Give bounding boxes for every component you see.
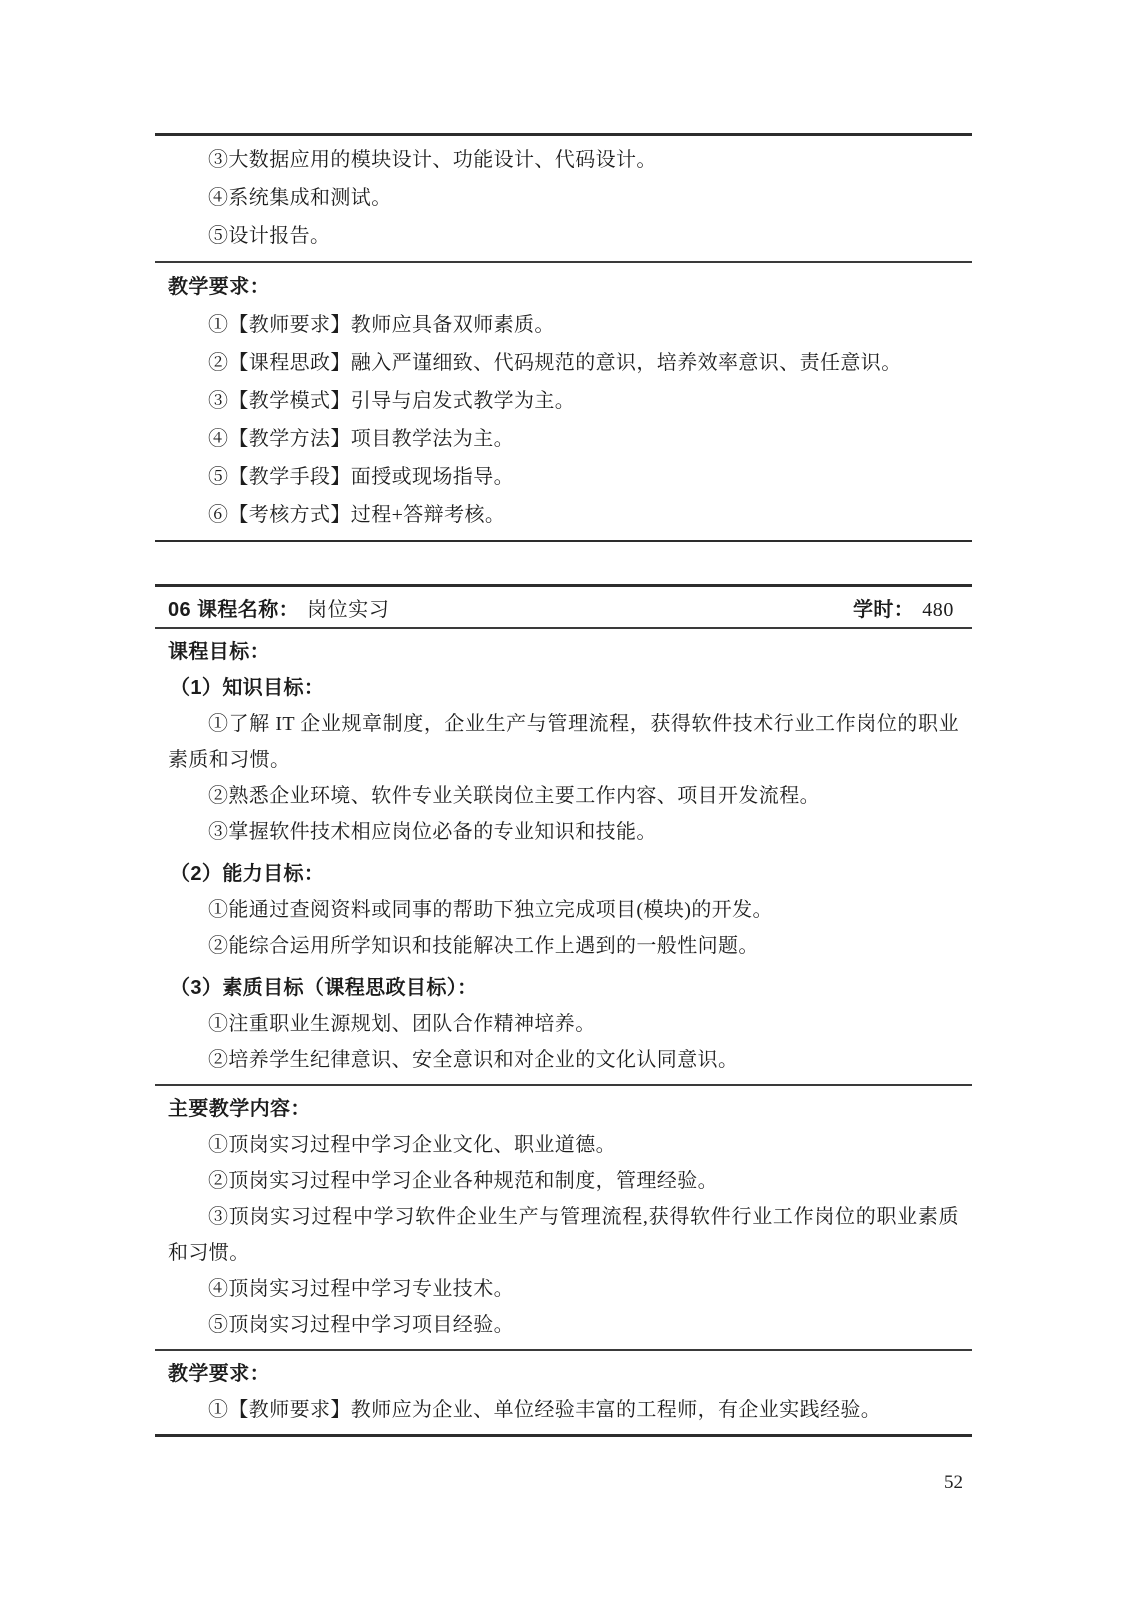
course-name-group: 06 课程名称： 岗位实习 xyxy=(168,593,389,622)
section-heading: 课程目标： xyxy=(168,634,959,670)
objective-group-heading: （1）知识目标： xyxy=(168,670,959,706)
list-item: ①【教师要求】教师应为企业、单位经验丰富的工程师，有企业实践经验。 xyxy=(168,1392,959,1428)
list-item: ②培养学生纪律意识、安全意识和对企业的文化认同意识。 xyxy=(168,1042,959,1078)
section-heading: 教学要求： xyxy=(168,268,959,306)
list-item: ①了解 IT 企业规章制度，企业生产与管理流程，获得软件技术行业工作岗位的职业素… xyxy=(168,706,959,778)
list-item: ③大数据应用的模块设计、功能设计、代码设计。 xyxy=(168,141,959,179)
course-name: 岗位实习 xyxy=(307,593,389,622)
document-page: ③大数据应用的模块设计、功能设计、代码设计。 ④系统集成和测试。 ⑤设计报告。 … xyxy=(0,0,1131,1600)
course-05-requirements-cell: 教学要求： ①【教师要求】教师应具备双师素质。 ②【课程思政】融入严谨细致、代码… xyxy=(155,263,972,540)
course-header-row: 06 课程名称： 岗位实习 学时： 480 xyxy=(155,587,972,627)
list-item: ①能通过查阅资料或同事的帮助下独立完成项目(模块)的开发。 xyxy=(168,892,959,928)
course-hours-label: 学时： xyxy=(853,593,914,622)
list-item: ②顶岗实习过程中学习企业各种规范和制度，管理经验。 xyxy=(168,1163,959,1199)
list-item: ⑤设计报告。 xyxy=(168,217,959,255)
list-item: ②熟悉企业环境、软件专业关联岗位主要工作内容、项目开发流程。 xyxy=(168,778,959,814)
course-hours-value: 480 xyxy=(922,599,954,622)
list-item: ④顶岗实习过程中学习专业技术。 xyxy=(168,1271,959,1307)
list-item: ①【教师要求】教师应具备双师素质。 xyxy=(168,306,959,344)
list-item: ⑥【考核方式】过程+答辩考核。 xyxy=(168,496,959,534)
course-06-table: 06 课程名称： 岗位实习 学时： 480 课程目标： （1）知识目标： ①了解… xyxy=(155,584,972,1437)
list-item: ①注重职业生源规划、团队合作精神培养。 xyxy=(168,1006,959,1042)
list-item: ③掌握软件技术相应岗位必备的专业知识和技能。 xyxy=(168,814,959,850)
list-item: ②【课程思政】融入严谨细致、代码规范的意识，培养效率意识、责任意识。 xyxy=(168,344,959,382)
course-code-label: 06 课程名称： xyxy=(168,593,299,622)
list-item: ④系统集成和测试。 xyxy=(168,179,959,217)
section-heading: 教学要求： xyxy=(168,1356,959,1392)
list-item: ⑤顶岗实习过程中学习项目经验。 xyxy=(168,1307,959,1343)
section-heading: 主要教学内容： xyxy=(168,1091,959,1127)
course-05-content-cell: ③大数据应用的模块设计、功能设计、代码设计。 ④系统集成和测试。 ⑤设计报告。 xyxy=(155,136,972,261)
list-item: ④【教学方法】项目教学法为主。 xyxy=(168,420,959,458)
course-06-content-cell: 主要教学内容： ①顶岗实习过程中学习企业文化、职业道德。 ②顶岗实习过程中学习企… xyxy=(155,1086,972,1349)
list-item: ①顶岗实习过程中学习企业文化、职业道德。 xyxy=(168,1127,959,1163)
list-item: ⑤【教学手段】面授或现场指导。 xyxy=(168,458,959,496)
course-hours-group: 学时： 480 xyxy=(853,593,954,622)
course-06-requirements-cell: 教学要求： ①【教师要求】教师应为企业、单位经验丰富的工程师，有企业实践经验。 xyxy=(155,1351,972,1434)
page-number: 52 xyxy=(944,1472,963,1494)
objective-group-heading: （3）素质目标（课程思政目标）： xyxy=(168,970,959,1006)
course-05-table-fragment: ③大数据应用的模块设计、功能设计、代码设计。 ④系统集成和测试。 ⑤设计报告。 … xyxy=(155,133,972,542)
page-content: ③大数据应用的模块设计、功能设计、代码设计。 ④系统集成和测试。 ⑤设计报告。 … xyxy=(155,0,972,1437)
list-item: ③顶岗实习过程中学习软件企业生产与管理流程,获得软件行业工作岗位的职业素质和习惯… xyxy=(168,1199,959,1271)
list-item: ②能综合运用所学知识和技能解决工作上遇到的一般性问题。 xyxy=(168,928,959,964)
objective-group-heading: （2）能力目标： xyxy=(168,856,959,892)
table-bottom-border xyxy=(155,1434,972,1437)
course-06-objectives-cell: 课程目标： （1）知识目标： ①了解 IT 企业规章制度，企业生产与管理流程，获… xyxy=(155,629,972,1084)
list-item: ③【教学模式】引导与启发式教学为主。 xyxy=(168,382,959,420)
